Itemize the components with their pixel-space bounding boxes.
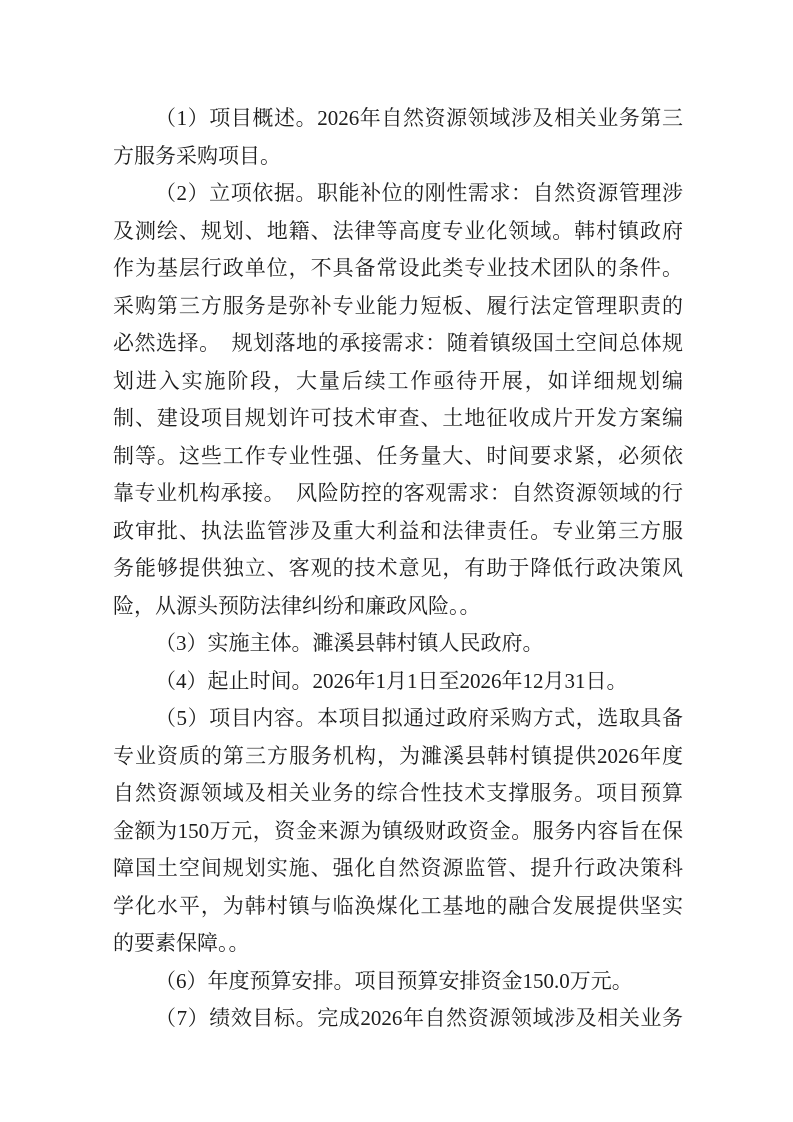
document-page: （1）项目概述。2026年自然资源领域涉及相关业务第三 方服务采购项目。 （2）… <box>0 0 793 1122</box>
text-line: （2）立项依据。职能补位的刚性需求：自然资源管理涉 <box>113 175 683 213</box>
paragraph-item-6: （6）年度预算安排。项目预算安排资金150.0万元。 <box>113 963 683 1001</box>
text-line: （3）实施主体。濉溪县韩村镇人民政府。 <box>113 625 683 663</box>
text-line: 学化水平，为韩村镇与临涣煤化工基地的融合发展提供坚实 <box>113 888 683 926</box>
text-line: 专业资质的第三方服务机构，为濉溪县韩村镇提供2026年度 <box>113 738 683 776</box>
text-line: 制等。这些工作专业性强、任务量大、时间要求紧，必须依 <box>113 438 683 476</box>
text-line: 金额为150万元，资金来源为镇级财政资金。服务内容旨在保 <box>113 813 683 851</box>
text-line: 及测绘、规划、地籍、法律等高度专业化领域。韩村镇政府 <box>113 213 683 251</box>
paragraph-item-2: （2）立项依据。职能补位的刚性需求：自然资源管理涉 及测绘、规划、地籍、法律等高… <box>113 175 683 625</box>
text-line: 险，从源头预防法律纠纷和廉政风险。。 <box>113 588 683 626</box>
text-line: 务能够提供独立、客观的技术意见，有助于降低行政决策风 <box>113 550 683 588</box>
text-line: 的要素保障。。 <box>113 925 683 963</box>
text-line: （6）年度预算安排。项目预算安排资金150.0万元。 <box>113 963 683 1001</box>
paragraph-item-1: （1）项目概述。2026年自然资源领域涉及相关业务第三 方服务采购项目。 <box>113 100 683 175</box>
paragraph-item-7: （7）绩效目标。完成2026年自然资源领域涉及相关业务 <box>113 1000 683 1038</box>
text-line: 划进入实施阶段，大量后续工作亟待开展，如详细规划编 <box>113 363 683 401</box>
paragraph-item-4: （4）起止时间。2026年1月1日至2026年12月31日。 <box>113 663 683 701</box>
text-line: 方服务采购项目。 <box>113 138 683 176</box>
text-line: 作为基层行政单位，不具备常设此类专业技术团队的条件。 <box>113 250 683 288</box>
paragraph-item-5: （5）项目内容。本项目拟通过政府采购方式，选取具备 专业资质的第三方服务机构，为… <box>113 700 683 963</box>
text-line: （1）项目概述。2026年自然资源领域涉及相关业务第三 <box>113 100 683 138</box>
text-line: 必然选择。 规划落地的承接需求：随着镇级国土空间总体规 <box>113 325 683 363</box>
paragraph-item-3: （3）实施主体。濉溪县韩村镇人民政府。 <box>113 625 683 663</box>
text-line: 制、建设项目规划许可技术审查、土地征收成片开发方案编 <box>113 400 683 438</box>
text-line: 采购第三方服务是弥补专业能力短板、履行法定管理职责的 <box>113 288 683 326</box>
text-line: （7）绩效目标。完成2026年自然资源领域涉及相关业务 <box>113 1000 683 1038</box>
text-line: 政审批、执法监管涉及重大利益和法律责任。专业第三方服 <box>113 513 683 551</box>
text-line: 靠专业机构承接。 风险防控的客观需求：自然资源领域的行 <box>113 475 683 513</box>
text-line: （5）项目内容。本项目拟通过政府采购方式，选取具备 <box>113 700 683 738</box>
document-body: （1）项目概述。2026年自然资源领域涉及相关业务第三 方服务采购项目。 （2）… <box>113 100 683 1038</box>
text-line: （4）起止时间。2026年1月1日至2026年12月31日。 <box>113 663 683 701</box>
text-line: 自然资源领域及相关业务的综合性技术支撑服务。项目预算 <box>113 775 683 813</box>
text-line: 障国土空间规划实施、强化自然资源监管、提升行政决策科 <box>113 850 683 888</box>
